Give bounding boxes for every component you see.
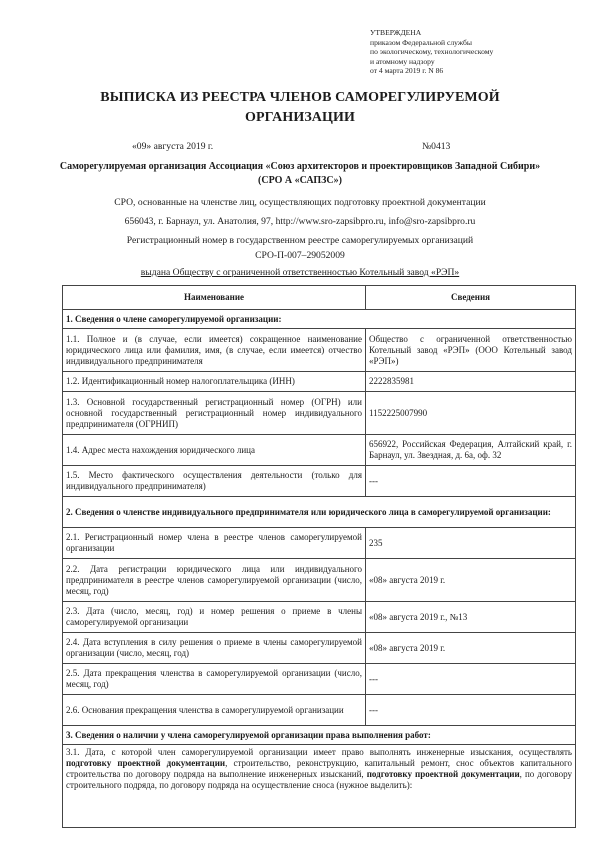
approval-stamp: УТВЕРЖДЕНА приказом Федеральной службы п… xyxy=(370,28,493,76)
row-name: 2.6. Основания прекращения членства в са… xyxy=(63,695,366,726)
organization-name: Саморегулируемая организация Ассоциация … xyxy=(20,160,580,188)
organization-address: 656043, г. Барнаул, ул. Анатолия, 97, ht… xyxy=(40,216,560,228)
registry-number: СРО-П-007–29052009 xyxy=(40,250,560,262)
approval-line: УТВЕРЖДЕНА xyxy=(370,28,493,38)
row-name: 2.5. Дата прекращения членства в саморег… xyxy=(63,664,366,695)
row-value: --- xyxy=(366,664,576,695)
title-line: ОРГАНИЗАЦИИ xyxy=(60,108,540,128)
row-name: 1.1. Полное и (в случае, если имеется) с… xyxy=(63,329,366,372)
org-name-line: Саморегулируемая организация Ассоциация … xyxy=(20,160,580,174)
text-fragment-bold: подготовку проектной документации xyxy=(367,769,520,779)
issued-to-wrap: выдана Обществу с ограниченной ответстве… xyxy=(40,267,560,279)
row-value: «08» августа 2019 г. xyxy=(366,633,576,664)
row-name: 1.2. Идентификационный номер налогоплате… xyxy=(63,372,366,392)
text-fragment: 3.1. Дата, с которой член саморегулируем… xyxy=(66,747,572,757)
table-header-row: Наименование Сведения xyxy=(63,286,576,310)
row-value: «08» августа 2019 г., №13 xyxy=(366,602,576,633)
row-name: 2.4. Дата вступления в силу решения о пр… xyxy=(63,633,366,664)
section-row: 2. Сведения о членстве индивидуального п… xyxy=(63,497,576,528)
table-row: 3.1. Дата, с которой член саморегулируем… xyxy=(63,745,576,828)
document-title: ВЫПИСКА ИЗ РЕЕСТРА ЧЛЕНОВ САМОРЕГУЛИРУЕМ… xyxy=(60,88,540,128)
registry-label: Регистрационный номер в государственном … xyxy=(40,235,560,247)
row-value: 656922, Российская Федерация, Алтайский … xyxy=(366,435,576,466)
document-date: «09» августа 2019 г. xyxy=(132,141,213,152)
row-value: «08» августа 2019 г. xyxy=(366,559,576,602)
row-value: 2222835981 xyxy=(366,372,576,392)
row-value: Общество с ограниченной ответственностью… xyxy=(366,329,576,372)
table-row: 1.2. Идентификационный номер налогоплате… xyxy=(63,372,576,392)
row-name: 2.3. Дата (число, месяц, год) и номер ре… xyxy=(63,602,366,633)
section-3-title: 3. Сведения о наличии у члена саморегули… xyxy=(63,726,576,745)
row-name: 2.2. Дата регистрации юридического лица … xyxy=(63,559,366,602)
document-number: №0413 xyxy=(422,141,450,152)
org-short-name: (СРО А «САПЗС») xyxy=(20,174,580,188)
issued-to: выдана Обществу с ограниченной ответстве… xyxy=(141,267,459,278)
approval-line: от 4 марта 2019 г. N 86 xyxy=(370,66,493,76)
row-value: --- xyxy=(366,695,576,726)
row-value: 235 xyxy=(366,528,576,559)
section-row: 3. Сведения о наличии у члена саморегули… xyxy=(63,726,576,745)
table-row: 2.1. Регистрационный номер члена в реест… xyxy=(63,528,576,559)
row-name: 1.5. Место фактического осуществления де… xyxy=(63,466,366,497)
row-name: 1.3. Основной государственный регистраци… xyxy=(63,392,366,435)
title-line: ВЫПИСКА ИЗ РЕЕСТРА ЧЛЕНОВ САМОРЕГУЛИРУЕМ… xyxy=(60,88,540,108)
row-value: --- xyxy=(366,466,576,497)
table-row: 1.3. Основной государственный регистраци… xyxy=(63,392,576,435)
section-2-title: 2. Сведения о членстве индивидуального п… xyxy=(63,497,576,528)
table-row: 1.1. Полное и (в случае, если имеется) с… xyxy=(63,329,576,372)
row-value: 1152225007990 xyxy=(366,392,576,435)
column-header-value: Сведения xyxy=(366,286,576,310)
row-name: 2.1. Регистрационный номер члена в реест… xyxy=(63,528,366,559)
registry-table: Наименование Сведения 1. Сведения о член… xyxy=(62,285,576,828)
section-1-title: 1. Сведения о члене саморегулируемой орг… xyxy=(63,310,576,329)
table-row: 1.5. Место фактического осуществления де… xyxy=(63,466,576,497)
approval-line: по экологическому, технологическому xyxy=(370,47,493,57)
table-row: 2.2. Дата регистрации юридического лица … xyxy=(63,559,576,602)
table-row: 2.6. Основания прекращения членства в са… xyxy=(63,695,576,726)
column-header-name: Наименование xyxy=(63,286,366,310)
row-name: 1.4. Адрес места нахождения юридического… xyxy=(63,435,366,466)
section-row: 1. Сведения о члене саморегулируемой орг… xyxy=(63,310,576,329)
text-fragment-bold: подготовку проектной документации xyxy=(66,758,225,768)
approval-line: приказом Федеральной службы xyxy=(370,38,493,48)
table-row: 1.4. Адрес места нахождения юридического… xyxy=(63,435,576,466)
row-3-1-text: 3.1. Дата, с которой член саморегулируем… xyxy=(63,745,576,828)
table-row: 2.4. Дата вступления в силу решения о пр… xyxy=(63,633,576,664)
organization-type: СРО, основанные на членстве лиц, осущест… xyxy=(40,197,560,209)
approval-line: и атомному надзору xyxy=(370,57,493,67)
table-row: 2.5. Дата прекращения членства в саморег… xyxy=(63,664,576,695)
table-row: 2.3. Дата (число, месяц, год) и номер ре… xyxy=(63,602,576,633)
